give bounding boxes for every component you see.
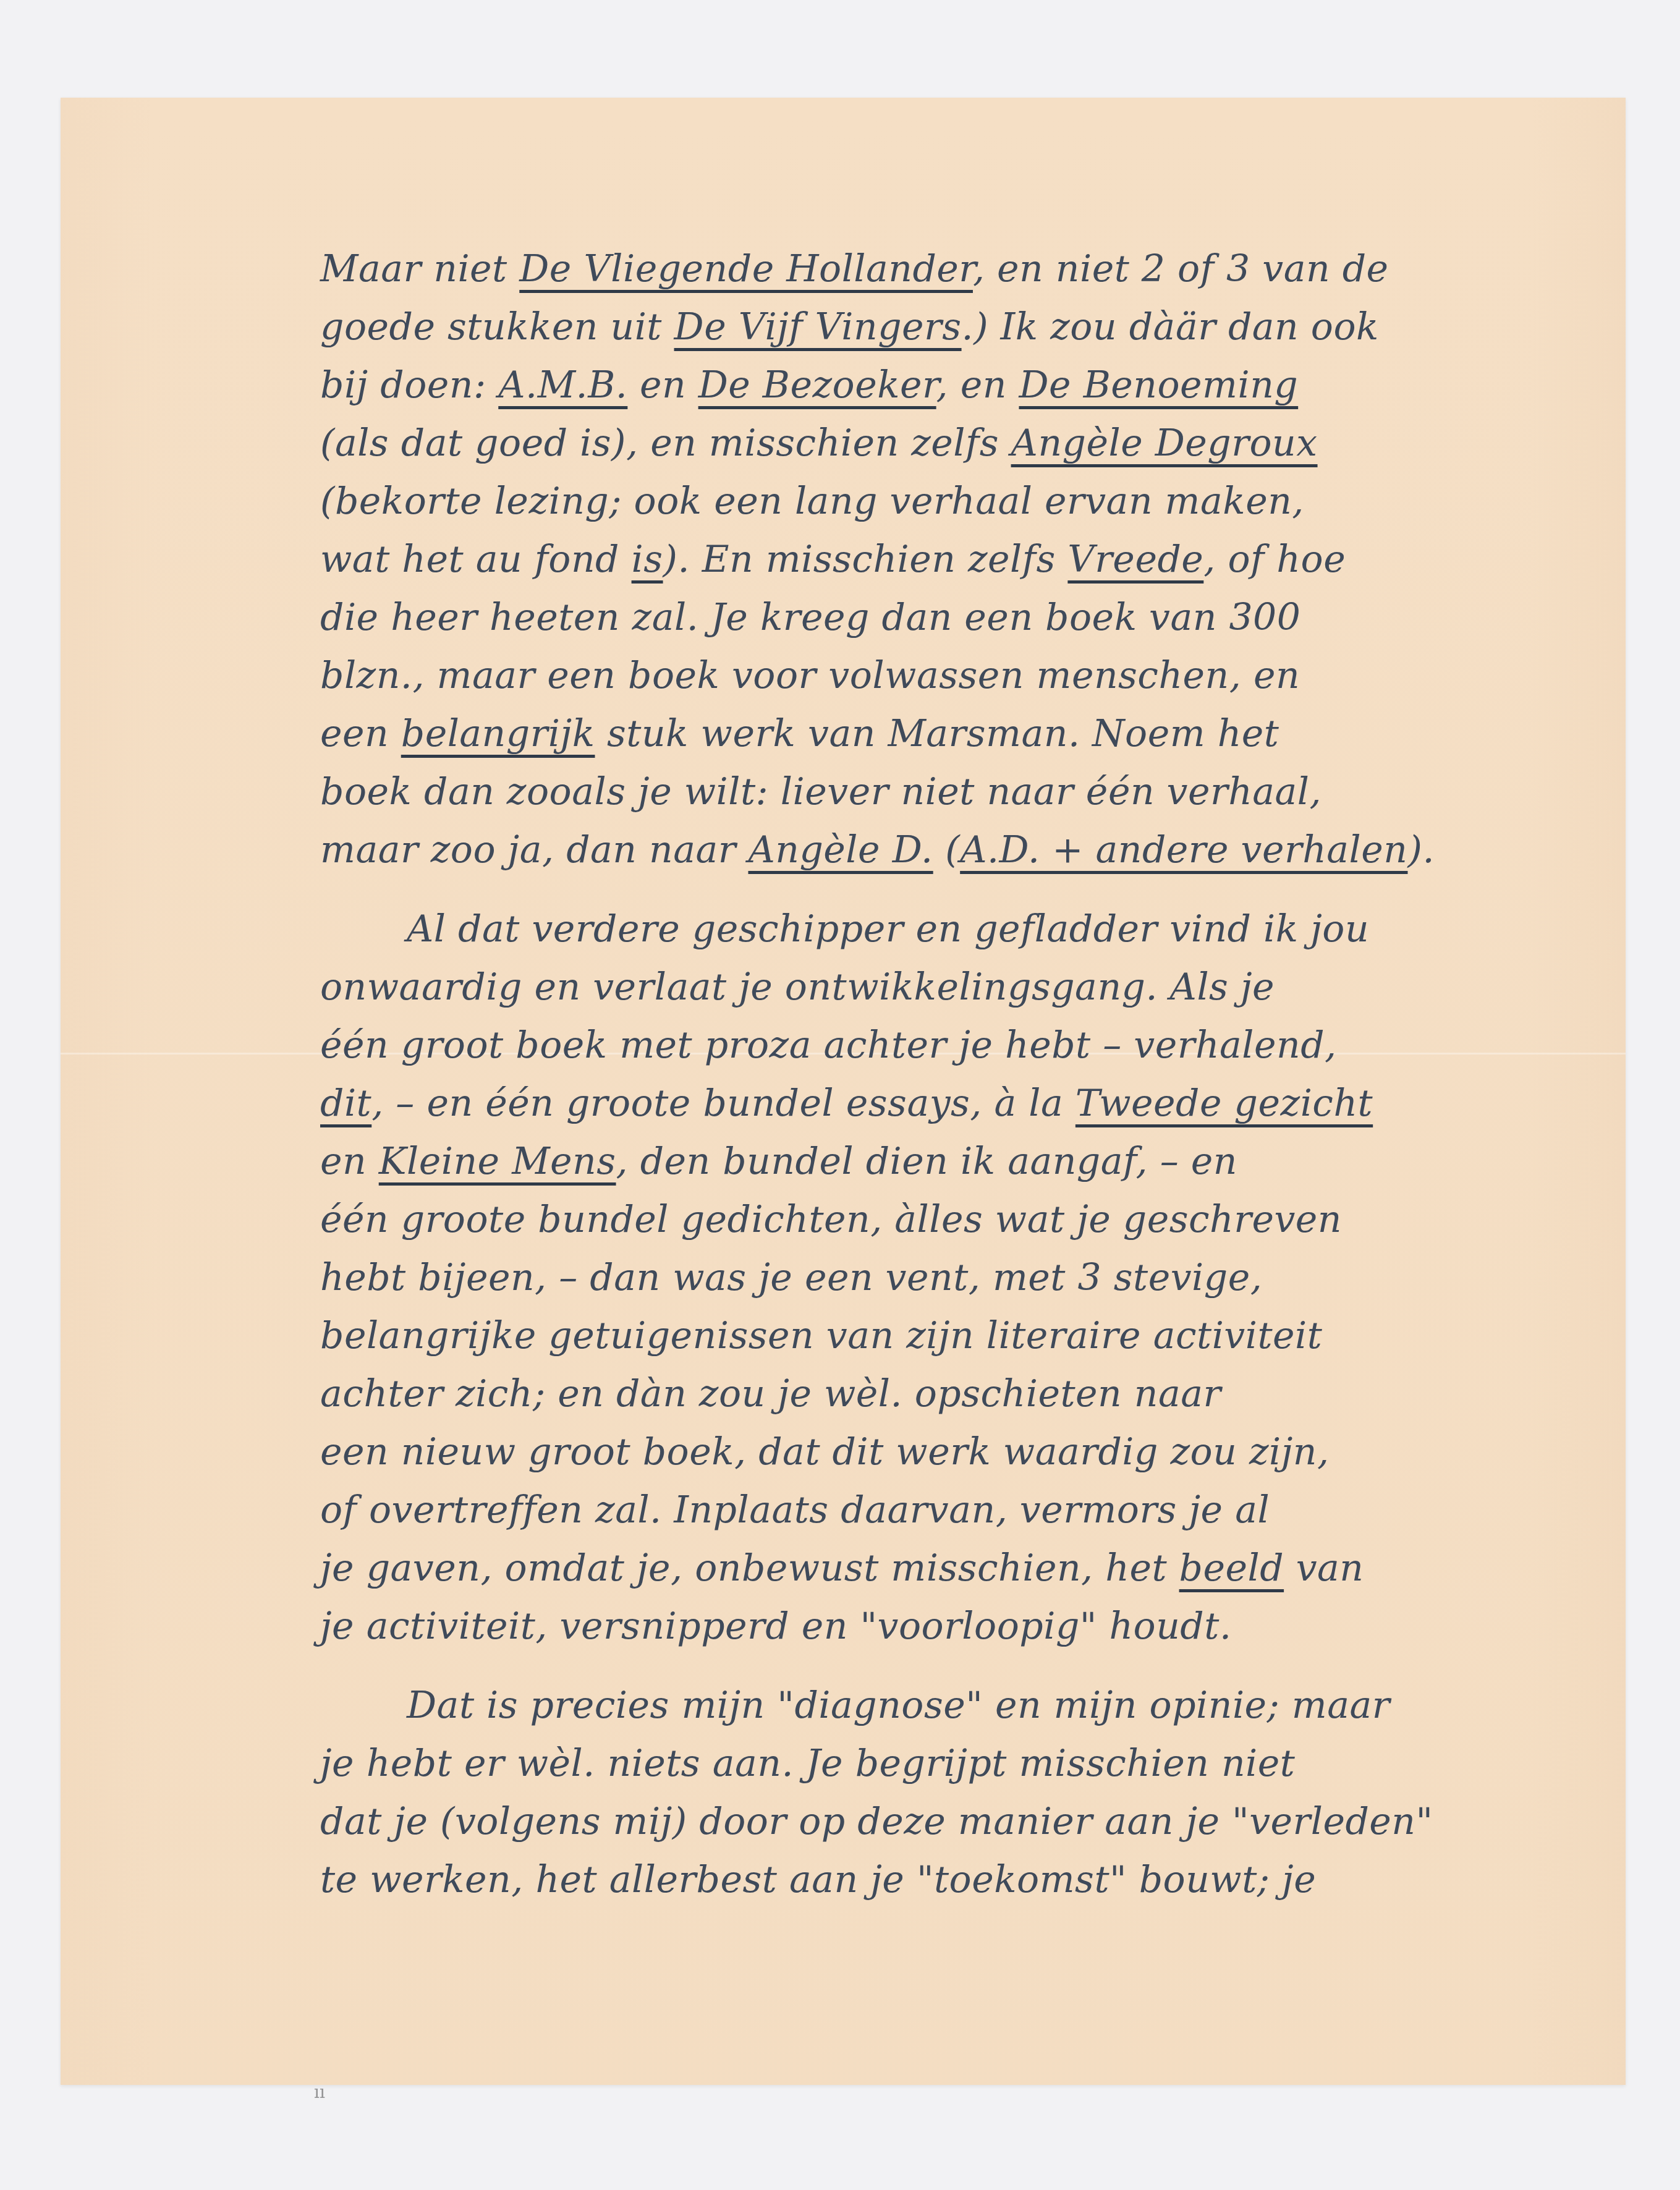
text-segment: van bbox=[1284, 1547, 1364, 1590]
text-line: (bekorte lezing; ook een lang verhaal er… bbox=[320, 472, 1655, 530]
text-line: onwaardig en verlaat je ontwikkelingsgan… bbox=[320, 958, 1655, 1016]
underlined-title: De Vliegende Hollander bbox=[519, 247, 973, 291]
text-line: Maar niet De Vliegende Hollander, en nie… bbox=[320, 240, 1655, 298]
text-line: bij doen: A.M.B. en De Bezoeker, en De B… bbox=[320, 356, 1655, 414]
text-line: die heer heeten zal. Je kreeg dan een bo… bbox=[320, 588, 1655, 647]
handwritten-text-body: Maar niet De Vliegende Hollander, en nie… bbox=[320, 240, 1655, 1909]
text-line: en Kleine Mens, den bundel dien ik aanga… bbox=[320, 1132, 1655, 1190]
text-line: dat je (volgens mij) door op deze manier… bbox=[320, 1793, 1655, 1851]
margin-pencil-mark: ıı bbox=[314, 2082, 320, 2107]
text-line: je hebt er wèl. niets aan. Je begrijpt m… bbox=[320, 1734, 1655, 1793]
text-segment: boek dan zooals je wilt: liever niet naa… bbox=[320, 770, 1322, 813]
text-segment: te werken, het allerbest aan je "toekoms… bbox=[320, 1858, 1316, 1901]
text-segment: belangrijke getuigenissen van zijn liter… bbox=[320, 1314, 1322, 1357]
text-segment: je gaven, omdat je, onbewust misschien, … bbox=[320, 1547, 1179, 1590]
text-segment: en bbox=[627, 363, 698, 407]
text-segment: of overtreffen zal. Inplaats daarvan, ve… bbox=[320, 1488, 1270, 1532]
text-segment: die heer heeten zal. Je kreeg dan een bo… bbox=[320, 596, 1300, 639]
underlined-title: is bbox=[632, 538, 663, 581]
underlined-title: De Bezoeker bbox=[698, 363, 936, 407]
text-segment: Maar niet bbox=[320, 247, 519, 291]
text-line: één groote bundel gedichten, àlles wat j… bbox=[320, 1190, 1655, 1249]
text-segment: goede stukken uit bbox=[320, 305, 674, 349]
text-segment: ( bbox=[933, 828, 960, 872]
text-line: blzn., maar een boek voor volwassen mens… bbox=[320, 647, 1655, 705]
text-segment: je activiteit, versnipperd en "voorloopi… bbox=[320, 1605, 1231, 1648]
text-line: je gaven, omdat je, onbewust misschien, … bbox=[320, 1539, 1655, 1597]
text-line: een nieuw groot boek, dat dit werk waard… bbox=[320, 1423, 1655, 1481]
text-line: een belangrijk stuk werk van Marsman. No… bbox=[320, 705, 1655, 763]
text-segment: .) Ik zou dàär dan ook bbox=[962, 305, 1379, 349]
text-line: Al dat verdere geschipper en gefladder v… bbox=[320, 900, 1655, 958]
underlined-title: De Benoeming bbox=[1019, 363, 1298, 407]
underlined-title: Angèle Degroux bbox=[1011, 422, 1318, 465]
text-segment: , en niet 2 of 3 van de bbox=[973, 247, 1389, 291]
text-line: maar zoo ja, dan naar Angèle D. (A.D. + … bbox=[320, 821, 1655, 879]
text-line: je activiteit, versnipperd en "voorloopi… bbox=[320, 1597, 1655, 1655]
underlined-title: De Vijf Vingers bbox=[674, 305, 962, 349]
text-segment: onwaardig en verlaat je ontwikkelingsgan… bbox=[320, 966, 1275, 1009]
text-line: goede stukken uit De Vijf Vingers.) Ik z… bbox=[320, 298, 1655, 356]
text-segment: , of hoe bbox=[1203, 538, 1346, 581]
text-segment: één groot boek met proza achter je hebt … bbox=[320, 1024, 1337, 1067]
paragraph-gap bbox=[320, 1655, 1655, 1676]
text-segment: dat je (volgens mij) door op deze manier… bbox=[320, 1800, 1433, 1843]
underlined-title: Angèle D. bbox=[748, 828, 933, 872]
text-segment: achter zich; en dàn zou je wèl. opschiet… bbox=[320, 1372, 1221, 1415]
text-line: één groot boek met proza achter je hebt … bbox=[320, 1016, 1655, 1074]
underlined-title: beeld bbox=[1179, 1547, 1284, 1590]
text-segment: één groote bundel gedichten, àlles wat j… bbox=[320, 1198, 1342, 1241]
text-segment: Dat is precies mijn "diagnose" en mijn o… bbox=[407, 1684, 1390, 1727]
text-segment: Al dat verdere geschipper en gefladder v… bbox=[407, 907, 1369, 951]
text-segment: een nieuw groot boek, dat dit werk waard… bbox=[320, 1430, 1330, 1474]
text-segment: een bbox=[320, 712, 401, 755]
underlined-title: belangrijk bbox=[401, 712, 595, 755]
text-line: te werken, het allerbest aan je "toekoms… bbox=[320, 1851, 1655, 1909]
text-segment: en bbox=[320, 1140, 379, 1183]
text-line: wat het au fond is). En misschien zelfs … bbox=[320, 530, 1655, 588]
text-segment: maar zoo ja, dan naar bbox=[320, 828, 748, 872]
text-line: hebt bijeen, – dan was je een vent, met … bbox=[320, 1249, 1655, 1307]
text-line: belangrijke getuigenissen van zijn liter… bbox=[320, 1307, 1655, 1365]
text-segment: stuk werk van Marsman. Noem het bbox=[595, 712, 1279, 755]
text-line: (als dat goed is), en misschien zelfs An… bbox=[320, 414, 1655, 472]
text-line: of overtreffen zal. Inplaats daarvan, ve… bbox=[320, 1481, 1655, 1539]
text-segment: , – en één groote bundel essays, à la bbox=[371, 1082, 1075, 1125]
paragraph-gap bbox=[320, 879, 1655, 900]
text-segment: (als dat goed is), en misschien zelfs bbox=[320, 422, 1011, 465]
text-segment: je hebt er wèl. niets aan. Je begrijpt m… bbox=[320, 1742, 1295, 1785]
text-line: achter zich; en dàn zou je wèl. opschiet… bbox=[320, 1365, 1655, 1423]
text-line: dit, – en één groote bundel essays, à la… bbox=[320, 1074, 1655, 1132]
letter-page: Maar niet De Vliegende Hollander, en nie… bbox=[61, 98, 1626, 2085]
text-segment: , en bbox=[936, 363, 1019, 407]
underlined-title: A.M.B. bbox=[498, 363, 627, 407]
underlined-title: Tweede gezicht bbox=[1075, 1082, 1373, 1125]
underlined-title: Vreede bbox=[1067, 538, 1203, 581]
underlined-title: dit bbox=[320, 1082, 371, 1125]
text-segment: blzn., maar een boek voor volwassen mens… bbox=[320, 654, 1300, 697]
underlined-title: Kleine Mens bbox=[379, 1140, 616, 1183]
text-line: Dat is precies mijn "diagnose" en mijn o… bbox=[320, 1676, 1655, 1734]
text-segment: , den bundel dien ik aangaf, – en bbox=[616, 1140, 1237, 1183]
text-line: boek dan zooals je wilt: liever niet naa… bbox=[320, 763, 1655, 821]
text-segment: hebt bijeen, – dan was je een vent, met … bbox=[320, 1256, 1262, 1299]
text-segment: ). En misschien zelfs bbox=[663, 538, 1068, 581]
text-segment: wat het au fond bbox=[320, 538, 632, 581]
underlined-title: A.D. + andere verhalen bbox=[960, 828, 1407, 872]
text-segment: ). bbox=[1407, 828, 1434, 872]
text-segment: (bekorte lezing; ook een lang verhaal er… bbox=[320, 480, 1304, 523]
text-segment: bij doen: bbox=[320, 363, 498, 407]
